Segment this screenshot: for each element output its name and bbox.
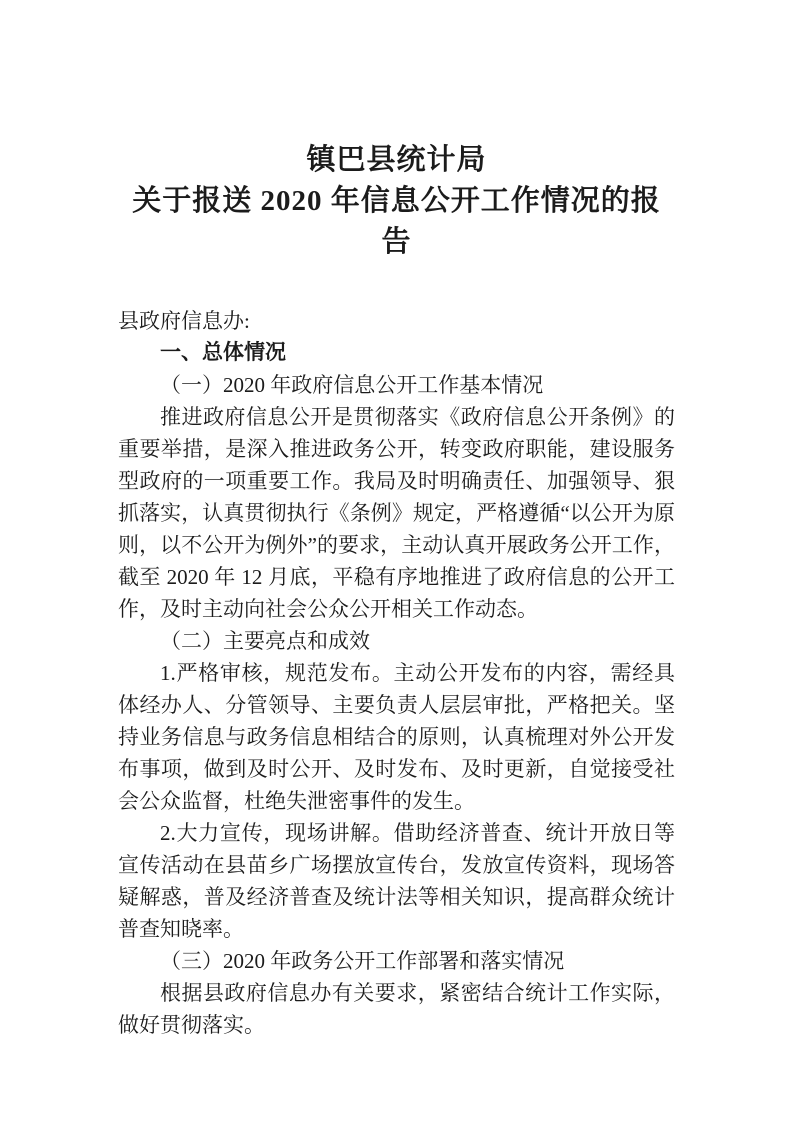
salutation: 县政府信息办: bbox=[118, 305, 675, 337]
title-subject: 关于报送 2020 年信息公开工作情况的报告 bbox=[118, 181, 675, 263]
document-body: 县政府信息办: 一、总体情况 （一）2020 年政府信息公开工作基本情况 推进政… bbox=[118, 305, 675, 1041]
paragraph-publicity: 2.大力宣传，现场讲解。借助经济普查、统计开放日等宣传活动在县苗乡广场摆放宣传台… bbox=[118, 817, 675, 945]
paragraph-basic-situation: 推进政府信息公开是贯彻落实《政府信息公开条例》的重要举措，是深入推进政务公开，转… bbox=[118, 401, 675, 625]
subheading-basic-situation: （一）2020 年政府信息公开工作基本情况 bbox=[118, 369, 675, 401]
paragraph-implementation: 根据县政府信息办有关要求，紧密结合统计工作实际，做好贯彻落实。 bbox=[118, 977, 675, 1041]
document-page: 镇巴县统计局 关于报送 2020 年信息公开工作情况的报告 县政府信息办: 一、… bbox=[0, 0, 793, 1122]
title-organization: 镇巴县统计局 bbox=[118, 140, 675, 181]
document-title: 镇巴县统计局 关于报送 2020 年信息公开工作情况的报告 bbox=[118, 140, 675, 263]
subheading-deployment: （三）2020 年政务公开工作部署和落实情况 bbox=[118, 945, 675, 977]
heading-overall-situation: 一、总体情况 bbox=[118, 337, 675, 369]
paragraph-strict-review: 1.严格审核，规范发布。主动公开发布的内容，需经具体经办人、分管领导、主要负责人… bbox=[118, 657, 675, 817]
subheading-highlights: （二）主要亮点和成效 bbox=[118, 625, 675, 657]
